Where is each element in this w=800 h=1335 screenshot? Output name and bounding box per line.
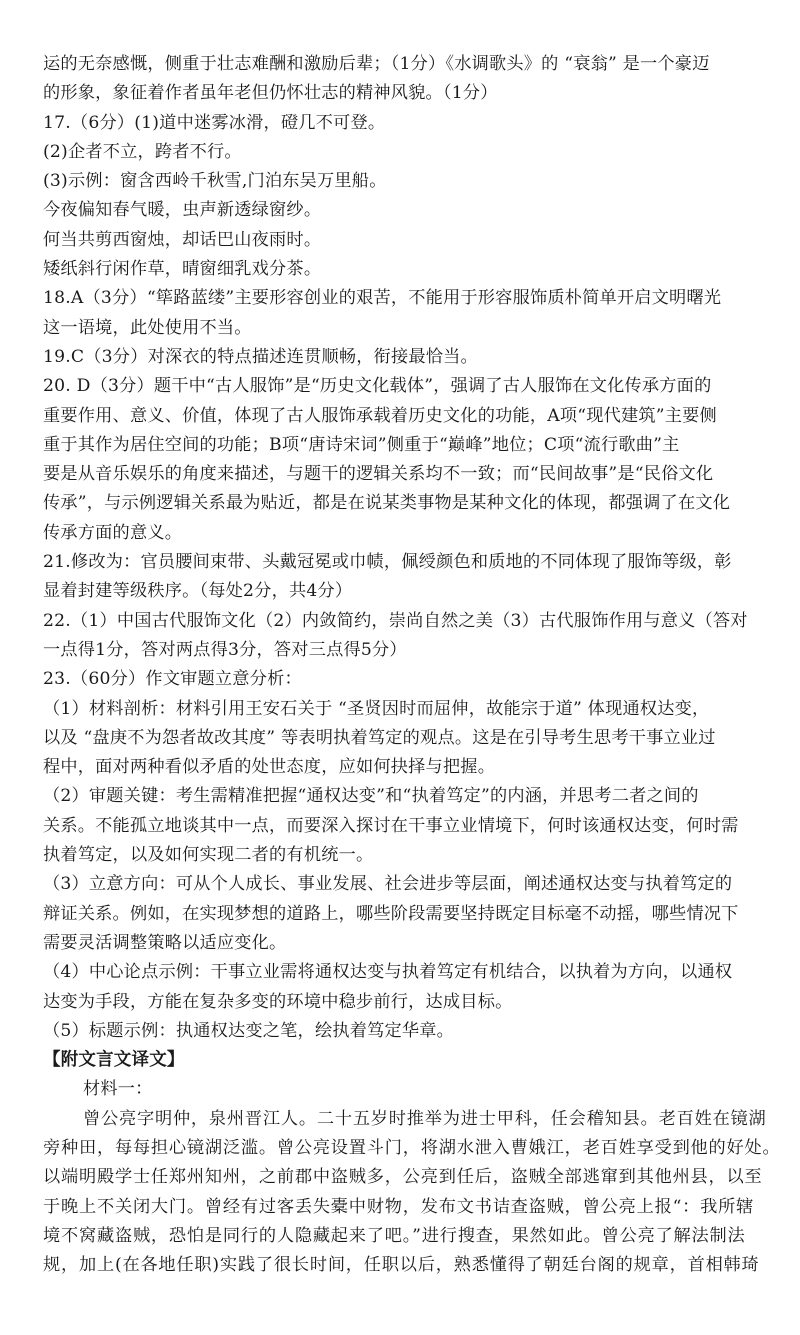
text-line: (2)企者不立，跨者不行。 [43, 138, 773, 167]
text-line: 今夜偏知春气暖，虫声新透绿窗纱。 [43, 196, 773, 225]
text-line: 执着笃定，以及如何实现二者的有机统一。 [43, 841, 773, 870]
text-line: 材料一： [43, 1075, 773, 1104]
text-line: 矮纸斜行闲作草，晴窗细乳戏分茶。 [43, 255, 773, 284]
text-line: 传承”，与示例逻辑关系最为贴近，都是在说某类事物是某种文化的体现，都强调了在文化 [43, 489, 773, 518]
text-line: （1）材料剖析：材料引用王安石关于 “圣贤因时而屈伸，故能宗于道” 体现通权达变… [43, 695, 773, 724]
text-line: 20. D（3分）题干中“古人服饰”是“历史文化载体”，强调了古人服饰在文化传承… [43, 372, 773, 401]
text-line: 以及 “盘庚不为怨者故改其度” 等表明执着笃定的观点。这是在引导考生思考干事立业… [43, 724, 773, 753]
text-line: 关系。不能孤立地谈其中一点，而要深入探讨在干事立业情境下，何时该通权达变，何时需 [43, 812, 773, 841]
document-page: 运的无奈感慨，侧重于壮志难酬和激励后辈；（1分）《水调歌头》的 “衰翁” 是一个… [43, 50, 773, 1280]
text-line: 重于其作为居住空间的功能；B项“唐诗宋词”侧重于“巅峰”地位；C项“流行歌曲”主 [43, 431, 773, 460]
text-line: 辩证关系。例如，在实现梦想的道路上，哪些阶段需要坚持既定目标毫不动摇，哪些情况下 [43, 900, 773, 929]
text-line: 这一语境，此处使用不当。 [43, 314, 773, 343]
text-line: 的形象，象征着作者虽年老但仍怀壮志的精神风貌。（1分） [43, 79, 773, 108]
text-line: 17.（6分）(1)道中迷雾冰滑，磴几不可登。 [43, 109, 773, 138]
text-line: （5）标题示例：执通权达变之笔，绘执着笃定华章。 [43, 1017, 773, 1046]
text-line: （2）审题关键：考生需精准把握“通权达变”和“执着笃定”的内涵，并思考二者之间的 [43, 782, 773, 811]
section-heading: 【附文言文译文】 [43, 1046, 773, 1075]
text-line: 21.修改为：官员腰间束带、头戴冠冕或巾帻，佩绶颜色和质地的不同体现了服饰等级，… [43, 548, 773, 577]
text-line: 需要灵活调整策略以适应变化。 [43, 929, 773, 958]
text-line: 重要作用、意义、价值，体现了古人服饰承载着历史文化的功能，A项“现代建筑”主要侧 [43, 402, 773, 431]
text-line: （4）中心论点示例：干事立业需将通权达变与执着笃定有机结合，以执着为方向，以通权 [43, 958, 773, 987]
text-line: 22.（1）中国古代服饰文化（2）内敛简约，崇尚自然之美（3）古代服饰作用与意义… [43, 607, 773, 636]
text-line: 达变为手段，方能在复杂多变的环境中稳步前行，达成目标。 [43, 988, 773, 1017]
text-line: 一点得1分，答对两点得3分，答对三点得5分） [43, 636, 773, 665]
text-line: 规，加上(在各地任职)实践了很长时间，任职以后，熟悉懂得了朝廷台阁的规章，首相韩… [43, 1251, 773, 1280]
text-line: 旁种田，每每担心镜湖泛滥。曾公亮设置斗门，将湖水泄入曹娥江，老百姓享受到他的好处… [43, 1134, 773, 1163]
text-line: 于晚上不关闭大门。曾经有过客丢失橐中财物，发布文书诘查盗贼，曾公亮上报“：我所辖 [43, 1193, 773, 1222]
text-line: 传承方面的意义。 [43, 519, 773, 548]
text-line: 曾公亮字明仲，泉州晋江人。二十五岁时推举为进士甲科，任会稽知县。老百姓在镜湖 [43, 1105, 773, 1134]
text-line: 以端明殿学士任郑州知州，之前郡中盗贼多，公亮到任后，盗贼全部逃窜到其他州县，以至 [43, 1163, 773, 1192]
text-line: 要是从音乐娱乐的角度来描述，与题干的逻辑关系均不一致；而“民间故事”是“民俗文化 [43, 460, 773, 489]
text-line: 23.（60分）作文审题立意分析： [43, 665, 773, 694]
text-line: (3)示例：窗含西岭千秋雪,门泊东吴万里船。 [43, 167, 773, 196]
text-line: 19.C（3分）对深衣的特点描述连贯顺畅，衔接最恰当。 [43, 343, 773, 372]
text-line: 运的无奈感慨，侧重于壮志难酬和激励后辈；（1分）《水调歌头》的 “衰翁” 是一个… [43, 50, 773, 79]
text-line: 程中，面对两种看似矛盾的处世态度，应如何抉择与把握。 [43, 753, 773, 782]
text-line: 显着封建等级秩序。（每处2分，共4分） [43, 577, 773, 606]
text-line: 何当共剪西窗烛，却话巴山夜雨时。 [43, 226, 773, 255]
text-line: 境不窝藏盗贼，恐怕是同行的人隐藏起来了吧。”进行搜查，果然如此。曾公亮了解法制法 [43, 1222, 773, 1251]
text-line: （3）立意方向：可从个人成长、事业发展、社会进步等层面，阐述通权达变与执着笃定的 [43, 870, 773, 899]
text-line: 18.A（3分）“筚路蓝缕”主要形容创业的艰苦，不能用于形容服饰质朴简单开启文明… [43, 284, 773, 313]
